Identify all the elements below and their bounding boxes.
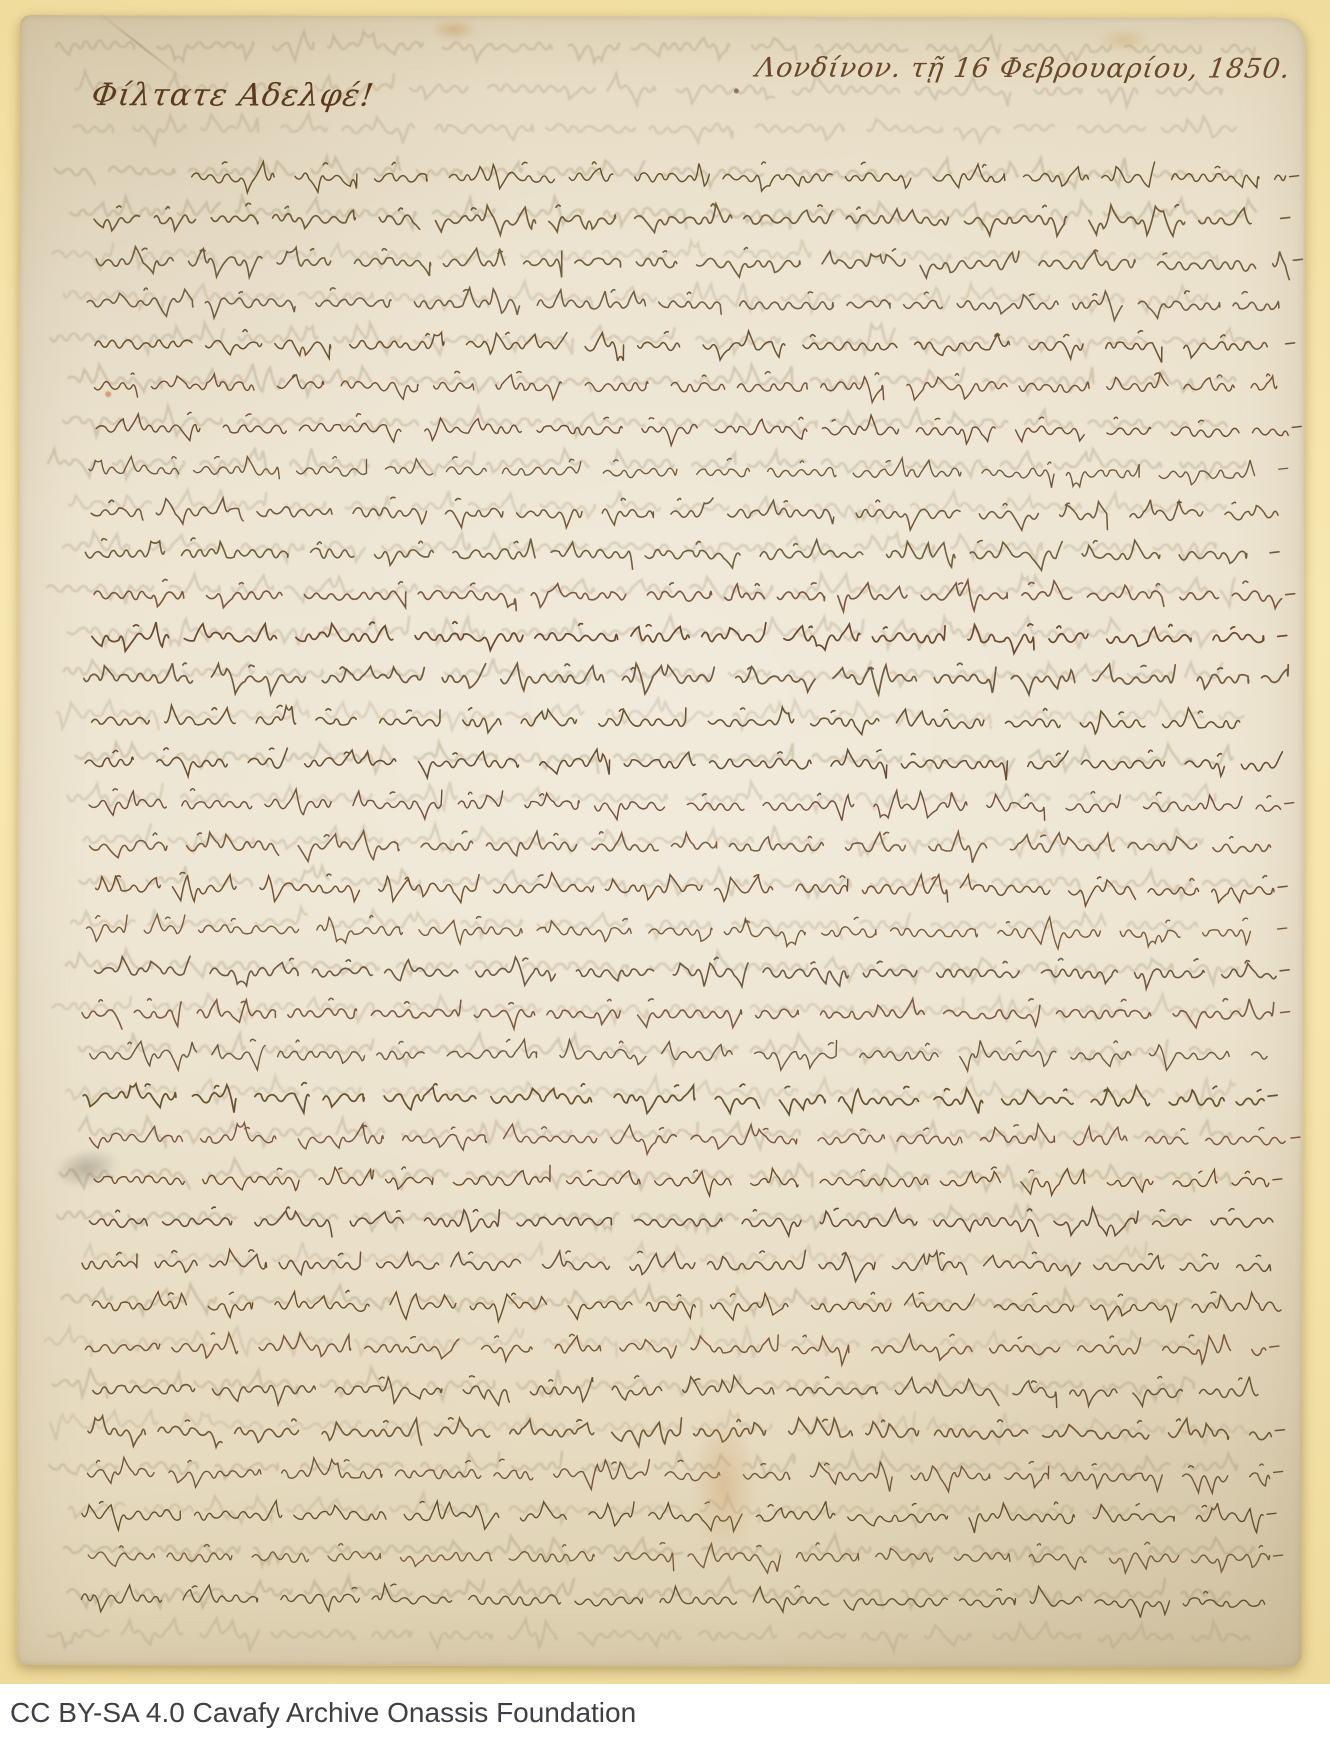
handwriting-body: [17, 15, 1305, 1668]
letter-page: Λονδίνον. τῇ 16 Φεβρουαρίου, 1850. Φίλτα…: [17, 15, 1305, 1668]
license-bar: CC BY-SA 4.0 Cavafy Archive Onassis Foun…: [0, 1684, 1330, 1741]
photo-mat: Λονδίνον. τῇ 16 Φεβρουαρίου, 1850. Φίλτα…: [0, 0, 1330, 1741]
license-caption: CC BY-SA 4.0 Cavafy Archive Onassis Foun…: [0, 1684, 1330, 1741]
dateline: Λονδίνον. τῇ 16 Φεβρουαρίου, 1850.: [754, 53, 1293, 85]
salutation: Φίλτατε Αδελφέ!: [89, 77, 376, 114]
bleed-through-lines: [44, 31, 1257, 1652]
ink-lines: [81, 160, 1303, 1618]
